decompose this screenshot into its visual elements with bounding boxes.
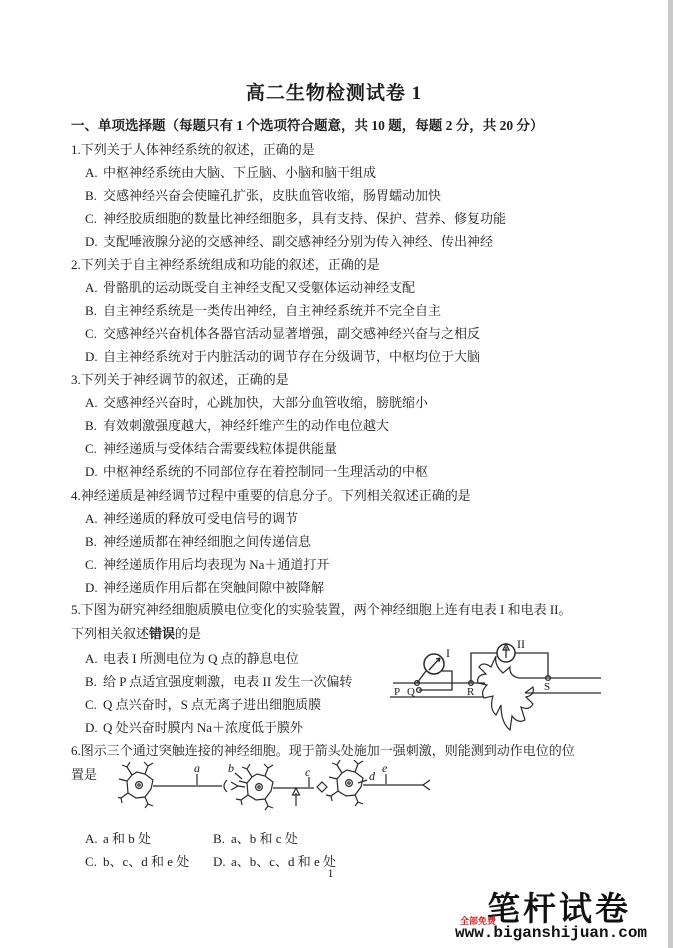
option-text: a 和 b 处 (103, 831, 151, 846)
option-label: C. (85, 556, 103, 573)
option-text: 中枢神经系统的不同部位存在着控制同一生理活动的中枢 (103, 464, 428, 479)
q2-stem: 2.下列关于自主神经系统组成和功能的叙述，正确的是 (71, 256, 380, 273)
option-label: B. (85, 673, 103, 690)
q5-circuit-diagram: P Q R S I II (388, 637, 618, 742)
q1-option-d: D.支配唾液腺分泌的交感神经、副交感神经分别为传入神经、传出神经 (85, 233, 493, 250)
axon-end-arrow (423, 780, 430, 790)
label-q: Q (407, 686, 415, 698)
dendrite-fork (231, 782, 245, 790)
label-d: d (369, 769, 376, 783)
exam-paper-page: 高二生物检测试卷 1 一、单项选择题（每题只有 1 个选项符合题意，共 10 题… (0, 0, 673, 948)
option-label: B. (213, 830, 231, 847)
option-label: B. (85, 187, 103, 204)
q1-stem: 1.下列关于人体神经系统的叙述，正确的是 (71, 141, 315, 158)
q2-option-b: B.自主神经系统是一类传出神经，自主神经系统并不完全自主 (85, 302, 441, 319)
option-label: A. (85, 164, 103, 181)
q1-option-a: A.中枢神经系统由大脑、下丘脑、小脑和脑干组成 (85, 164, 376, 181)
neuron-1-icon (118, 762, 153, 808)
q5-option-d: D.Q 处兴奋时膜内 Na＋浓度低于膜外 (85, 719, 303, 736)
q6-option-a: A.a 和 b 处 (85, 830, 151, 847)
label-meter-1: I (446, 646, 450, 660)
option-text: 交感神经兴奋会使瞳孔扩张，皮肤血管收缩，肠胃蠕动加快 (103, 188, 441, 203)
option-text: 神经胶质细胞的数量比神经细胞多，具有支持、保护、营养、修复功能 (103, 211, 506, 226)
section-heading: 一、单项选择题（每题只有 1 个选项符合题意，共 10 题，每题 2 分，共 2… (71, 114, 544, 134)
q5-stem2-post: 的是 (175, 626, 201, 641)
label-s: S (544, 681, 550, 693)
option-label: D. (85, 348, 103, 365)
option-label: A. (85, 650, 103, 667)
option-label: C. (85, 210, 103, 227)
option-text: 有效刺激强度越大，神经纤维产生的动作电位越大 (103, 418, 389, 433)
q1-option-b: B.交感神经兴奋会使瞳孔扩张，皮肤血管收缩，肠胃蠕动加快 (85, 187, 441, 204)
q5-stem-line2: 下列相关叙述错误的是 (71, 625, 201, 642)
scan-edge-strip (668, 0, 673, 948)
option-text: 神经递质作用后均表现为 Na＋通道打开 (103, 557, 329, 572)
synapse-2-gap (317, 782, 327, 792)
q6-stem-line2: 置是 (71, 766, 97, 783)
option-label: C. (85, 440, 103, 457)
option-label: B. (85, 533, 103, 550)
q5-option-b: B.给 P 点适宜强度刺激，电表 II 发生一次偏转 (85, 673, 352, 690)
option-text: 中枢神经系统由大脑、下丘脑、小脑和脑干组成 (103, 165, 376, 180)
option-label: B. (85, 302, 103, 319)
option-text: a、b 和 c 处 (231, 831, 298, 846)
option-text: 交感神经兴奋机体各器官活动显著增强，副交感神经兴奋与之相反 (103, 326, 480, 341)
option-label: D. (85, 463, 103, 480)
option-label: C. (85, 325, 103, 342)
label-a: a (194, 761, 200, 775)
label-e: e (382, 761, 388, 775)
meter-needle-icon (429, 658, 440, 670)
q3-option-b: B.有效刺激强度越大，神经纤维产生的动作电位越大 (85, 417, 389, 434)
option-text: 神经递质都在神经细胞之间传递信息 (103, 534, 311, 549)
option-text: 电表 I 所测电位为 Q 点的静息电位 (103, 651, 299, 666)
option-label: D. (85, 579, 103, 596)
watermark-url: www.biganshijuan.com (455, 924, 647, 942)
q2-option-a: A.骨骼肌的运动既受自主神经支配又受躯体运动神经支配 (85, 279, 415, 296)
q3-option-d: D.中枢神经系统的不同部位存在着控制同一生理活动的中枢 (85, 463, 428, 480)
option-text: Q 点兴奋时，S 点无离子进出细胞质膜 (103, 697, 321, 712)
option-text: 支配唾液腺分泌的交感神经、副交感神经分别为传入神经、传出神经 (103, 234, 493, 249)
option-label: A. (85, 394, 103, 411)
q3-option-c: C.神经递质与受体结合需要线粒体提供能量 (85, 440, 337, 457)
q1-option-c: C.神经胶质细胞的数量比神经细胞多，具有支持、保护、营养、修复功能 (85, 210, 506, 227)
q3-option-a: A.交感神经兴奋时，心跳加快，大部分血管收缩，膀胱缩小 (85, 394, 428, 411)
label-meter-2: II (517, 637, 525, 651)
q2-option-d: D.自主神经系统对于内脏活动的调节存在分级调节，中枢均位于大脑 (85, 348, 480, 365)
label-p: P (394, 686, 400, 698)
q6-stem-line1: 6.图示三个通过突触连接的神经细胞。现于箭头处施加一强刺激，则能测到动作电位的位 (71, 742, 575, 759)
q4-stem: 4.神经递质是神经调节过程中重要的信息分子。下列相关叙述正确的是 (71, 487, 471, 504)
synapse-1-terminal (224, 780, 227, 792)
q2-option-c: C.交感神经兴奋机体各器官活动显著增强，副交感神经兴奋与之相反 (85, 325, 480, 342)
q5-stem2-bold: 错误 (149, 626, 175, 641)
option-text: 自主神经系统对于内脏活动的调节存在分级调节，中枢均位于大脑 (103, 349, 480, 364)
q5-option-c: C.Q 点兴奋时，S 点无离子进出细胞质膜 (85, 696, 321, 713)
q4-option-a: A.神经递质的释放可受电信号的调节 (85, 510, 298, 527)
page-title: 高二生物检测试卷 1 (0, 78, 668, 105)
q4-option-b: B.神经递质都在神经细胞之间传递信息 (85, 533, 311, 550)
option-label: A. (85, 279, 103, 296)
option-label: D. (85, 719, 103, 736)
q4-option-d: D.神经递质作用后都在突触间隙中被降解 (85, 579, 324, 596)
option-label: B. (85, 417, 103, 434)
option-text: 神经递质的释放可受电信号的调节 (103, 511, 298, 526)
option-text: 自主神经系统是一类传出神经，自主神经系统并不完全自主 (103, 303, 441, 318)
q3-stem: 3.下列关于神经调节的叙述，正确的是 (71, 371, 289, 388)
option-text: 交感神经兴奋时，心跳加快，大部分血管收缩，膀胱缩小 (103, 395, 428, 410)
watermark-brand: 笔杆试卷 (487, 892, 631, 925)
option-text: 给 P 点适宜强度刺激，电表 II 发生一次偏转 (103, 674, 352, 689)
meter2-left-wire (471, 653, 497, 683)
option-label: C. (85, 696, 103, 713)
q5-stem-line1: 5.下图为研究神经细胞质膜电位变化的实验装置，两个神经细胞上连有电表 I 和电表… (71, 601, 572, 618)
option-text: 神经递质作用后都在突触间隙中被降解 (103, 580, 324, 595)
neuron-3-icon (326, 760, 363, 806)
q5-option-a: A.电表 I 所测电位为 Q 点的静息电位 (85, 650, 299, 667)
label-r: R (467, 686, 475, 698)
option-label: A. (85, 510, 103, 527)
meter2-right-wire (515, 653, 548, 677)
option-label: D. (85, 233, 103, 250)
label-b-pointer (235, 773, 242, 779)
q6-option-b: B.a、b 和 c 处 (213, 830, 298, 847)
q5-stem2-pre: 下列相关叙述 (71, 626, 149, 641)
option-text: Q 处兴奋时膜内 Na＋浓度低于膜外 (103, 720, 303, 735)
option-label: A. (85, 830, 103, 847)
q4-option-c: C.神经递质作用后均表现为 Na＋通道打开 (85, 556, 329, 573)
option-text: 骨骼肌的运动既受自主神经支配又受躯体运动神经支配 (103, 280, 415, 295)
page-number: 1 (0, 866, 661, 881)
label-b: b (228, 761, 234, 775)
q6-neuron-chain-diagram: a b c d e (118, 760, 438, 818)
label-c: c (305, 765, 311, 779)
option-text: 神经递质与受体结合需要线粒体提供能量 (103, 441, 337, 456)
